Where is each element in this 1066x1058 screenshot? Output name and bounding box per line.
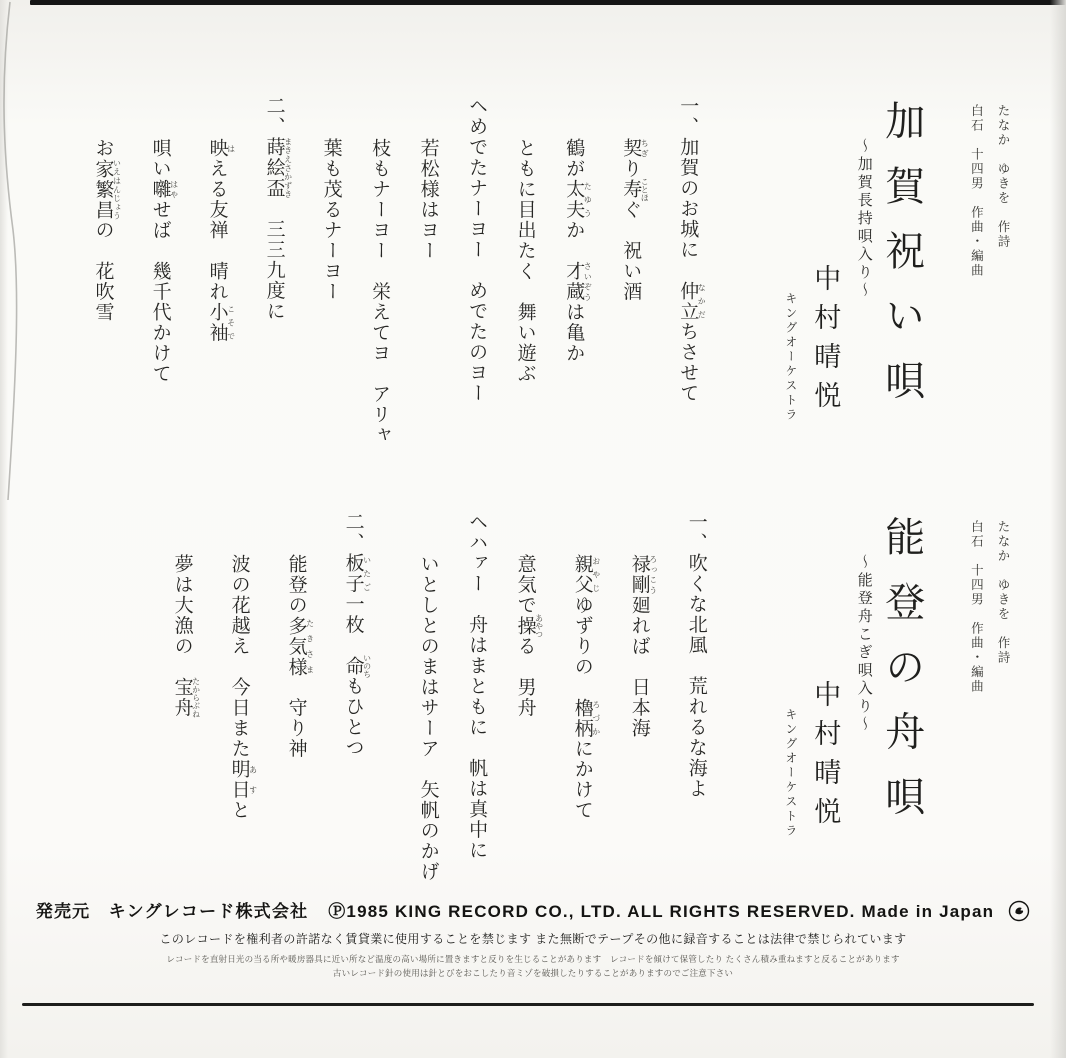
lyric-line: ヘハァー 舟はまともに 帆は真中に bbox=[466, 512, 487, 884]
song-lyrics: 一、吹くな北風 荒れるな海よ禄剛ろっこう廻れば 日本海親父おやじゆずりの 櫓柄ろ… bbox=[171, 512, 706, 884]
song-subtitle: 〜能登舟こぎ唄入り〜 bbox=[855, 512, 872, 884]
lyric-line: 映はえる友禅 晴れ小袖こそで bbox=[206, 96, 235, 468]
lyric-line: 二、蒔絵盃まきえさかずき 三三九度に bbox=[263, 96, 292, 468]
song-lyrics: 一、加賀のお城に 仲立なかだちさせて契ちぎり寿ことほぐ 祝い酒鶴が太夫たゆうか … bbox=[92, 96, 706, 468]
lyricist-credit: たなか ゆきを 作詩 bbox=[994, 520, 1010, 884]
rental-prohibition-notice: このレコードを権利者の許諾なく賃貸業に使用することを禁じます また無断でテープそ… bbox=[0, 930, 1066, 947]
lyric-line: 能登の多気様たきさま 守り神 bbox=[285, 512, 314, 884]
lyric-line: ともに目出たく 舞い遊ぶ bbox=[514, 96, 535, 468]
lyric-line: 一、吹くな北風 荒れるな海よ bbox=[685, 512, 706, 884]
copyright-label: Ⓟ1985 KING RECORD CO., LTD. ALL RIGHTS R… bbox=[328, 902, 994, 921]
publisher-label: 発売元 キングレコード株式会社 bbox=[36, 902, 309, 921]
song-credits: たなか ゆきを 作詩 白石 十四男 作曲・編曲 bbox=[968, 512, 1010, 884]
footer: 発売元 キングレコード株式会社 Ⓟ1985 KING RECORD CO., L… bbox=[0, 897, 1066, 979]
record-sleeve-lyric-sheet: { "songs": [ { "credits": ["たなか ゆきを 作詩",… bbox=[0, 0, 1066, 1058]
scan-artifact-bottom-line bbox=[22, 1003, 1034, 1006]
song-title: 能登の舟唄 bbox=[882, 512, 922, 884]
scan-artifact-top-bar bbox=[30, 0, 1066, 5]
song-subtitle: 〜加賀長持唄入り〜 bbox=[855, 96, 872, 468]
lyric-line: 一、加賀のお城に 仲立なかだちさせて bbox=[677, 96, 706, 468]
lyricist-credit: たなか ゆきを 作詩 bbox=[994, 104, 1010, 468]
scan-artifact-left-curve bbox=[0, 0, 44, 520]
song-orchestra: キングオーケストラ bbox=[784, 96, 797, 468]
lyric-line: 若松様はヨー bbox=[417, 96, 438, 468]
song-section-noto-no-funauta: たなか ゆきを 作詩 白石 十四男 作曲・編曲 能登の舟唄 〜能登舟こぎ唄入り〜… bbox=[143, 512, 1010, 884]
song-title: 加賀祝い唄 bbox=[882, 96, 922, 468]
lyric-line: 鶴が太夫たゆうか 才蔵さいぞうは亀か bbox=[563, 96, 592, 468]
lyric-line: 葉も茂るナーヨー bbox=[320, 96, 341, 468]
dove-circle-icon bbox=[1008, 900, 1030, 922]
lyric-line: 禄剛ろっこう廻れば 日本海 bbox=[628, 512, 657, 884]
storage-care-notice: レコードを直射日光の当る所や暖房器具に近い所など温度の高い場所に置きますと反りを… bbox=[0, 953, 1066, 965]
lyric-line: 夢は大漁の 宝舟たからぶね bbox=[171, 512, 200, 884]
footer-copyright-line: 発売元 キングレコード株式会社 Ⓟ1985 KING RECORD CO., L… bbox=[0, 897, 1066, 922]
lyric-line: お家繁昌いえはんじょうの 花吹雪 bbox=[92, 96, 121, 468]
lyric-line: 親父おやじゆずりの 櫓柄ろづかにかけて bbox=[571, 512, 600, 884]
lyric-line: 契ちぎり寿ことほぐ 祝い酒 bbox=[620, 96, 649, 468]
song-section-kaga-iwaiuta: たなか ゆきを 作詩 白石 十四男 作曲・編曲 加賀祝い唄 〜加賀長持唄入り〜 … bbox=[64, 96, 1010, 468]
song-credits: たなか ゆきを 作詩 白石 十四男 作曲・編曲 bbox=[968, 96, 1010, 468]
composer-credit: 白石 十四男 作曲・編曲 bbox=[968, 104, 984, 468]
lyric-line: いとしとのまはサーア 矢帆のかげ bbox=[417, 512, 438, 884]
song-artist: 中村晴悦 bbox=[811, 96, 839, 468]
lyric-line: ヘめでたナーヨー めでたのヨー bbox=[466, 96, 487, 468]
lyric-line: 二、板子いたご一枚 命いのちもひとつ bbox=[342, 512, 371, 884]
song-artist: 中村晴悦 bbox=[811, 512, 839, 884]
song-orchestra: キングオーケストラ bbox=[784, 512, 797, 884]
composer-credit: 白石 十四男 作曲・編曲 bbox=[968, 520, 984, 884]
lyric-line: 枝もナーヨー 栄えてヨ アリャ bbox=[369, 96, 390, 468]
lyric-line: 唄い囃はやせば 幾千代かけて bbox=[149, 96, 178, 468]
lyric-line: 波の花越え 今日また明日あすと bbox=[228, 512, 257, 884]
lyric-line: 意気で操あやつる 男舟 bbox=[514, 512, 543, 884]
stylus-care-notice: 古いレコード針の使用は針とびをおこしたり音ミゾを破損したりすることがありますので… bbox=[0, 967, 1066, 979]
